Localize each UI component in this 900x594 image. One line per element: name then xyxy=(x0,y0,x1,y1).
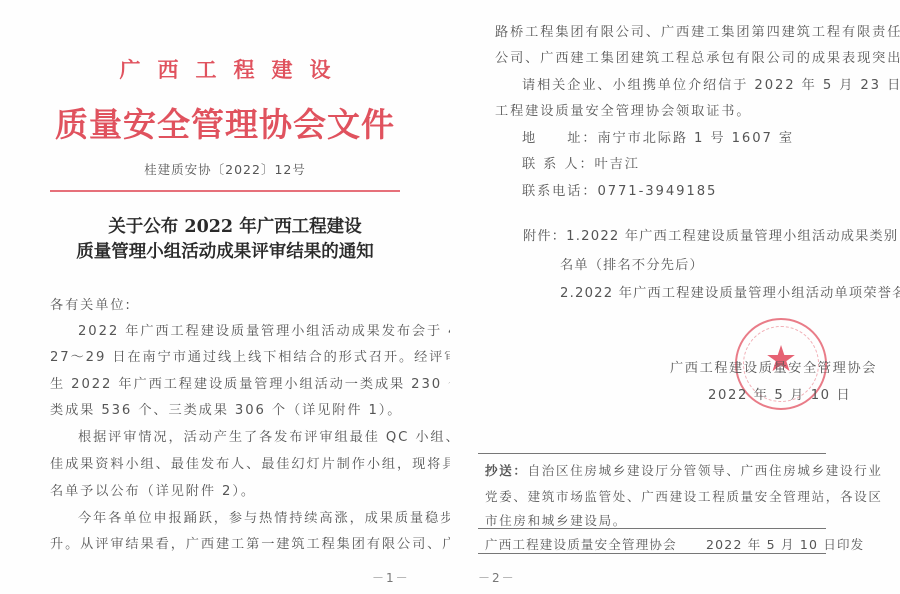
notice-title-line2: 质量管理小组活动成果评审结果的通知 xyxy=(0,238,458,263)
attachment-1: 1.2022 年广西工程建设质量管理小组活动成果类别 xyxy=(566,229,898,244)
org-name-line1: 广西工程建设 xyxy=(0,54,450,84)
phone-label: 联系电话： xyxy=(522,184,597,199)
body-line: 请相关企业、小组携单位介绍信于 2022 年 5 月 23 日后到广西 xyxy=(522,74,900,93)
body-line: 根据评审情况，活动产生了各发布评审组最佳 QC 小组、最 xyxy=(78,426,476,445)
footer-issuer: 广西工程建设质量安全管理协会 xyxy=(485,535,677,553)
body-line: 今年各单位申报踊跃，参与热情持续高涨，成果质量稳步提 xyxy=(78,507,470,526)
body-line: 工程建设质量安全管理协会领取证书。 xyxy=(495,100,752,119)
signature-date: 2022 年 5 月 10 日 xyxy=(708,384,851,403)
contact-address: 地 址：南宁市北际路 1 号 1607 室 xyxy=(522,127,794,146)
body-line: 佳成果资料小组、最佳发布人、最佳幻灯片制作小组，现将具体 xyxy=(50,453,472,472)
address-label: 地 址： xyxy=(522,131,597,146)
person-value: 叶吉江 xyxy=(595,157,640,172)
footer-bottom-rule xyxy=(478,553,826,554)
attachments-label: 附件： xyxy=(523,229,566,244)
contact-person: 联 系 人：叶吉江 xyxy=(522,153,640,172)
org-name-line2: 质量安全管理协会文件 xyxy=(0,99,450,146)
page-number: －2－ xyxy=(478,569,516,586)
notice-title-line1: 关于公布 2022 年广西工程建设 xyxy=(0,213,460,238)
cc-line2: 党委、建筑市场监管处、广西建设工程质量安全管理站，各设区 xyxy=(485,487,883,505)
body-line: 路桥工程集团有限公司、广西建工集团第四建筑工程有限责任 xyxy=(495,21,900,40)
cc-text: 自治区住房城乡建设厅分管领导、广西住房城乡建设行业 xyxy=(528,463,883,478)
attachment-2: 2.2022 年广西工程建设质量管理小组活动单项荣誉名单 xyxy=(560,282,900,301)
cc-label: 抄送： xyxy=(485,463,528,478)
page-2: 路桥工程集团有限公司、广西建工集团第四建筑工程有限责任 公司、广西建工集团建筑工… xyxy=(450,0,900,594)
body-line: 27～29 日在南宁市通过线上线下相结合的形式召开。经评审，产 xyxy=(50,346,490,365)
cc-top-rule xyxy=(478,453,826,454)
cc-line3: 市住房和城乡建设局。 xyxy=(485,511,627,529)
body-line: 升。从评审结果看，广西建工第一建筑工程集团有限公司、广西 xyxy=(50,533,472,552)
footer-issue-date: 2022 年 5 月 10 日印发 xyxy=(706,535,864,553)
salutation: 各有关单位: xyxy=(50,294,132,313)
attachment-1-cont: 名单（排名不分先后） xyxy=(560,254,704,273)
contact-phone: 联系电话：0771-3949185 xyxy=(522,180,717,199)
person-label: 联 系 人： xyxy=(522,157,595,172)
body-line: 2022 年广西工程建设质量管理小组活动成果发布会于 4 月 xyxy=(78,320,480,339)
body-line: 名单予以公布（详见附件 2）。 xyxy=(50,480,256,499)
body-line: 生 2022 年广西工程建设质量管理小组活动一类成果 230 个、二 xyxy=(50,373,493,392)
document-number: 桂建质安协〔2022〕12号 xyxy=(0,160,450,178)
footer-top-rule xyxy=(478,528,826,529)
cc-line1: 抄送：自治区住房城乡建设厅分管领导、广西住房城乡建设行业 xyxy=(485,461,883,479)
signature-org: 广西工程建设质量安全管理协会 xyxy=(670,357,877,376)
address-value: 南宁市北际路 1 号 1607 室 xyxy=(597,131,794,146)
phone-value: 0771-3949185 xyxy=(597,184,717,199)
page-number: －1－ xyxy=(372,569,410,586)
body-line: 公司、广西建工集团建筑工程总承包有限公司的成果表现突出。 xyxy=(495,47,900,66)
red-divider xyxy=(50,190,400,192)
page-1: 广西工程建设 质量安全管理协会文件 桂建质安协〔2022〕12号 关于公布 20… xyxy=(0,0,450,594)
body-line: 类成果 536 个、三类成果 306 个（详见附件 1）。 xyxy=(50,399,402,418)
attachments: 附件：1.2022 年广西工程建设质量管理小组活动成果类别 xyxy=(523,225,898,244)
